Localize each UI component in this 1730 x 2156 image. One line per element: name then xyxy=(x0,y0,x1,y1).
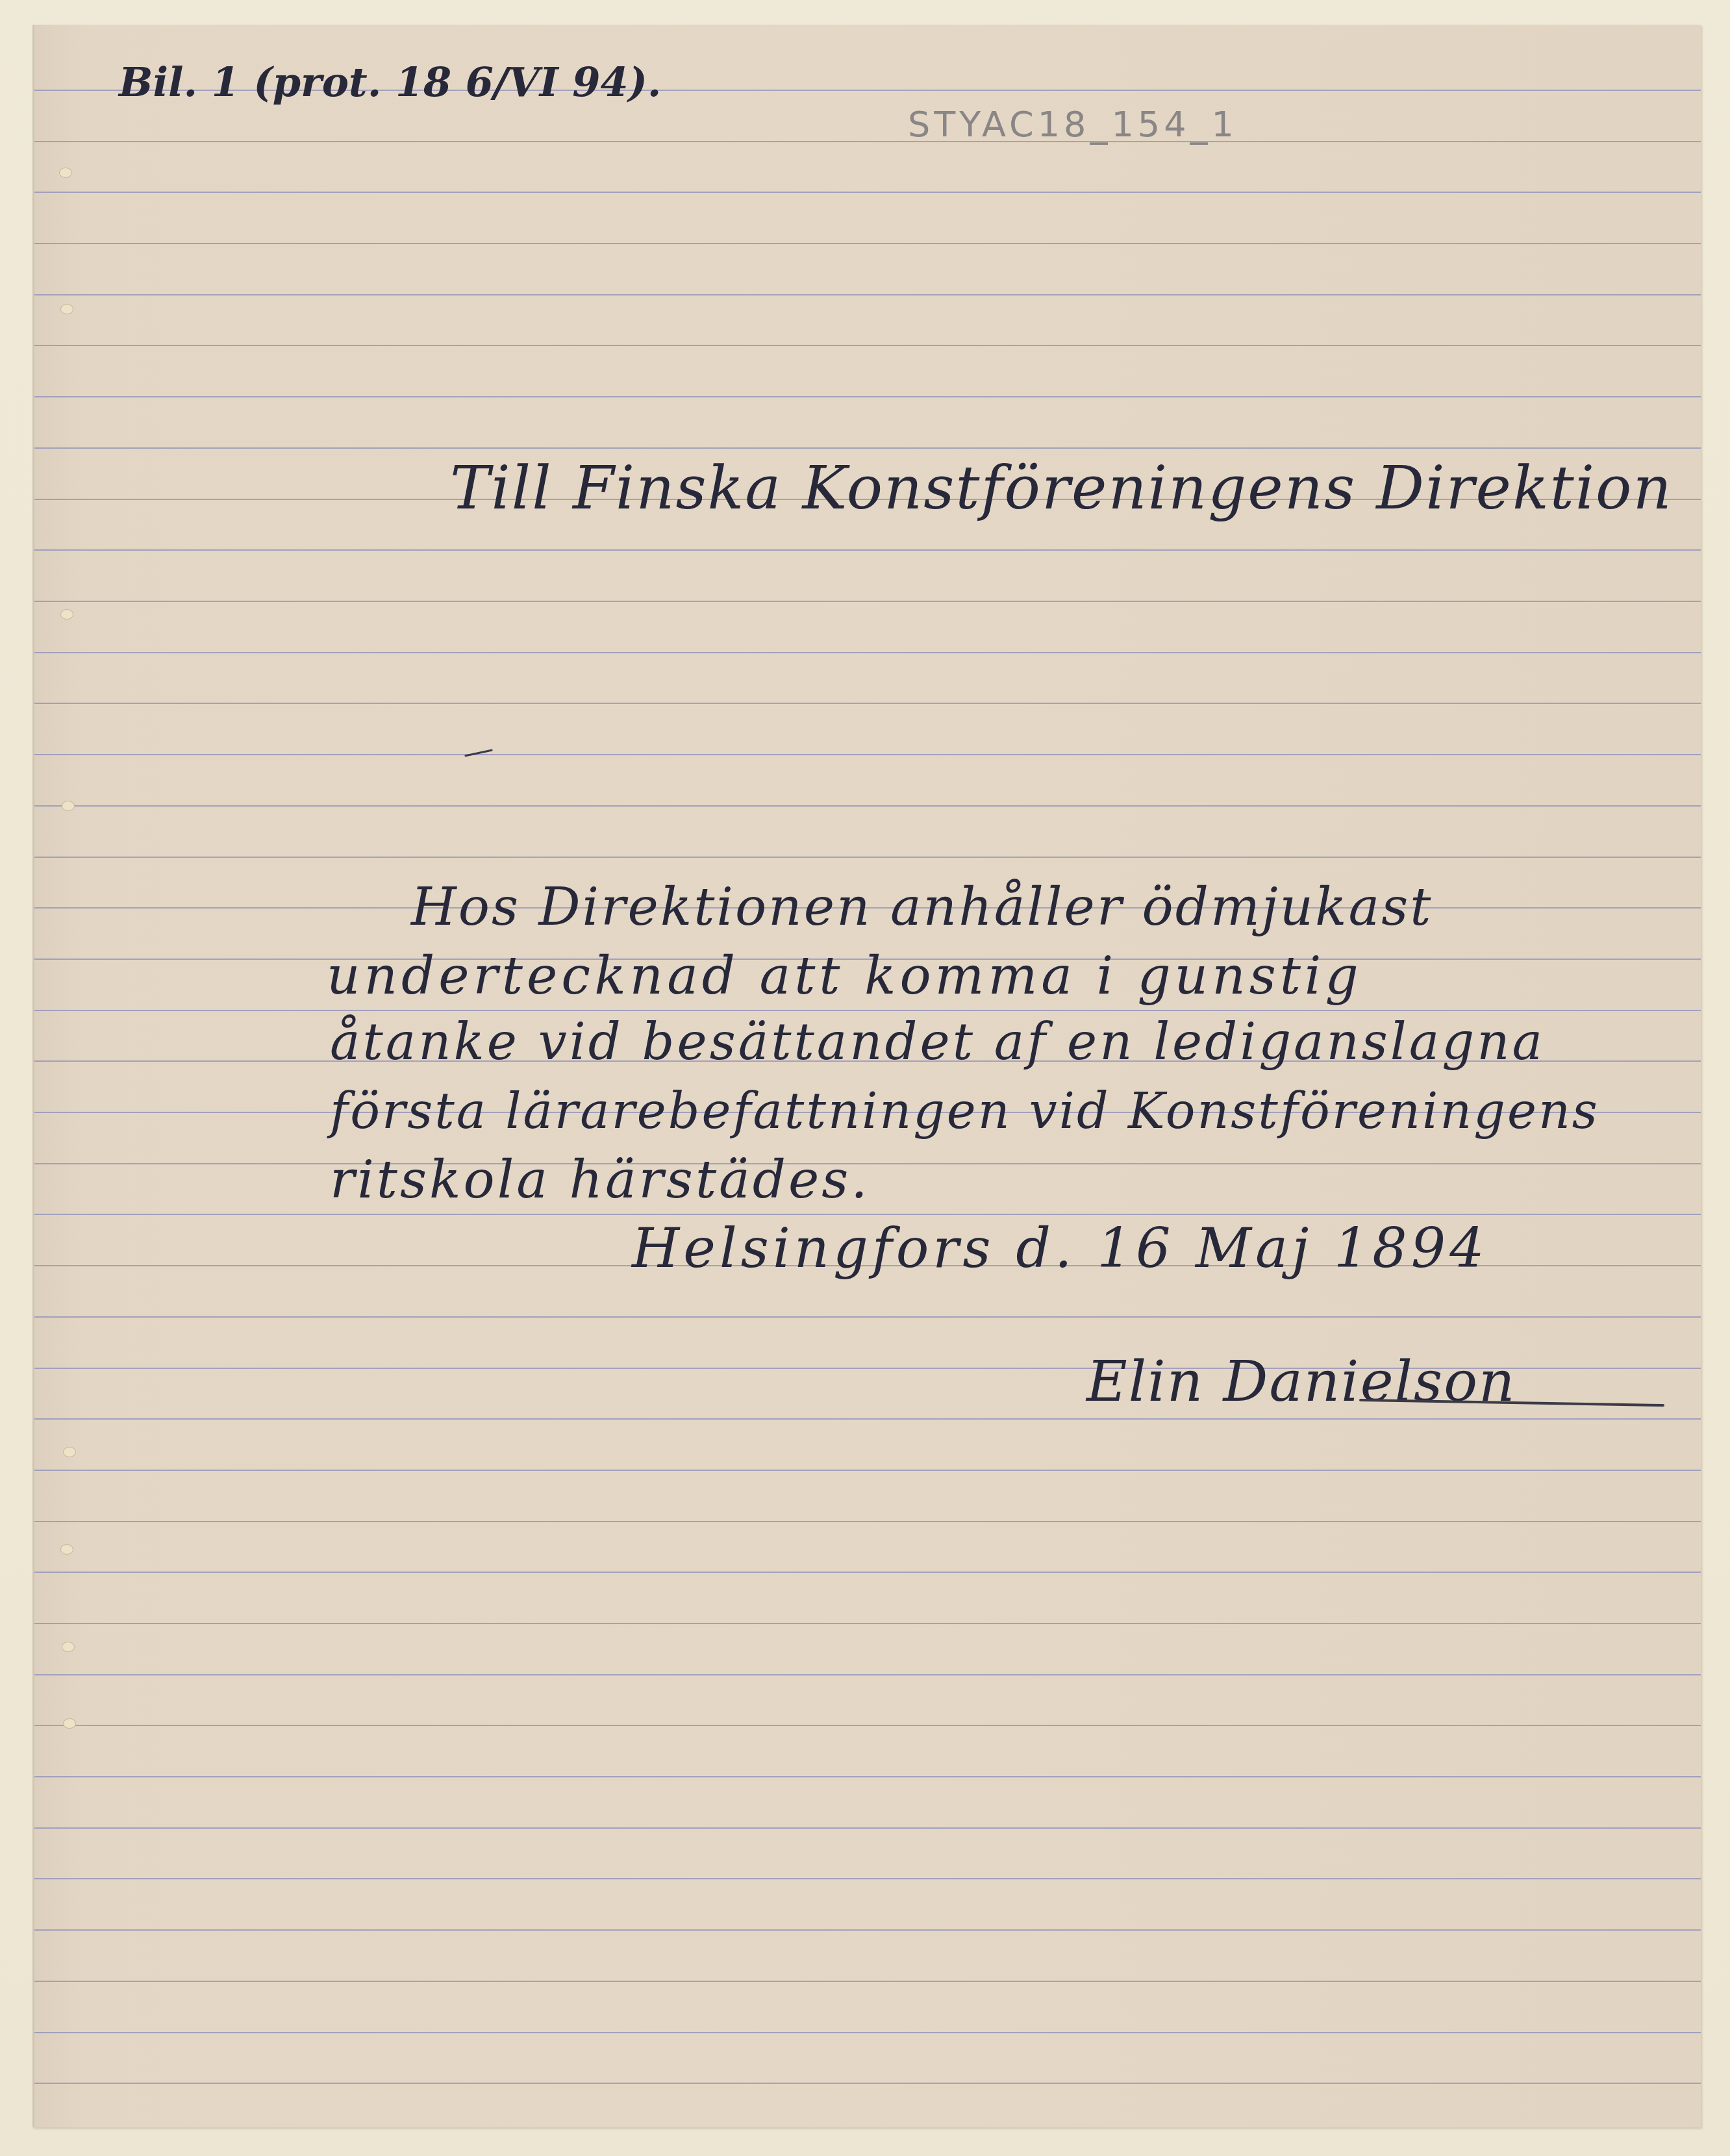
letter-sheet: Bil. 1 (prot. 18 6/VI 94). STYAC18_154_1… xyxy=(32,25,1701,2127)
ruled-line xyxy=(34,1572,1701,1573)
ruled-line xyxy=(34,1418,1701,1420)
ruled-line xyxy=(34,1521,1701,1522)
body-line-4: första lärarebefattningen vid Konstfören… xyxy=(330,1082,1599,1140)
body-line-3: åtanke vid besättandet af en lediganslag… xyxy=(330,1013,1545,1072)
ruled-line xyxy=(34,805,1701,807)
annotation-bilaga: Bil. 1 (prot. 18 6/VI 94). xyxy=(119,58,661,106)
ruled-line xyxy=(34,447,1701,449)
ruled-line xyxy=(34,601,1701,602)
ruled-line xyxy=(34,345,1701,346)
body-line-2: undertecknad att komma i gunstig xyxy=(327,946,1362,1006)
punch-hole xyxy=(62,1642,75,1652)
ruled-line xyxy=(34,1623,1701,1624)
archive-id: STYAC18_154_1 xyxy=(908,104,1238,145)
ruled-line xyxy=(34,294,1701,295)
ruled-line xyxy=(34,141,1701,142)
punch-hole xyxy=(59,168,72,178)
ruled-line xyxy=(34,1316,1701,1318)
ruled-line xyxy=(34,1010,1701,1011)
ruled-line xyxy=(34,549,1701,551)
ruled-line xyxy=(34,1776,1701,1777)
punch-hole xyxy=(60,609,73,620)
ruled-line xyxy=(34,1929,1701,1931)
punch-hole xyxy=(63,1447,76,1457)
punch-hole xyxy=(60,304,73,314)
ruled-line xyxy=(34,857,1701,858)
ruled-line xyxy=(34,1470,1701,1471)
ruled-line xyxy=(34,652,1701,653)
ink-mark xyxy=(464,749,493,757)
ruled-line xyxy=(34,754,1701,755)
ruled-line xyxy=(34,192,1701,193)
ruled-line xyxy=(34,1725,1701,1726)
ruled-line xyxy=(34,1981,1701,1982)
ruled-line xyxy=(34,1214,1701,1215)
body-line-5: ritskola härstädes. xyxy=(330,1149,870,1210)
ruled-line xyxy=(34,1827,1701,1829)
ruled-line xyxy=(34,243,1701,244)
punch-hole xyxy=(60,1544,73,1555)
punch-hole xyxy=(63,1718,76,1729)
ruled-line xyxy=(34,2032,1701,2033)
place-date: Helsingfors d. 16 Maj 1894 xyxy=(632,1216,1488,1280)
punch-hole xyxy=(62,801,75,811)
salutation: Till Finska Konstföreningens Direktion xyxy=(450,453,1673,523)
ruled-line xyxy=(34,2083,1701,2084)
ruled-line xyxy=(34,396,1701,397)
ruled-line xyxy=(34,703,1701,704)
ruled-line xyxy=(34,1878,1701,1879)
ruled-line xyxy=(34,1674,1701,1675)
body-line-1: Hos Direktionen anhåller ödmjukast xyxy=(411,877,1433,937)
signature: Elin Danielson xyxy=(1086,1349,1516,1414)
